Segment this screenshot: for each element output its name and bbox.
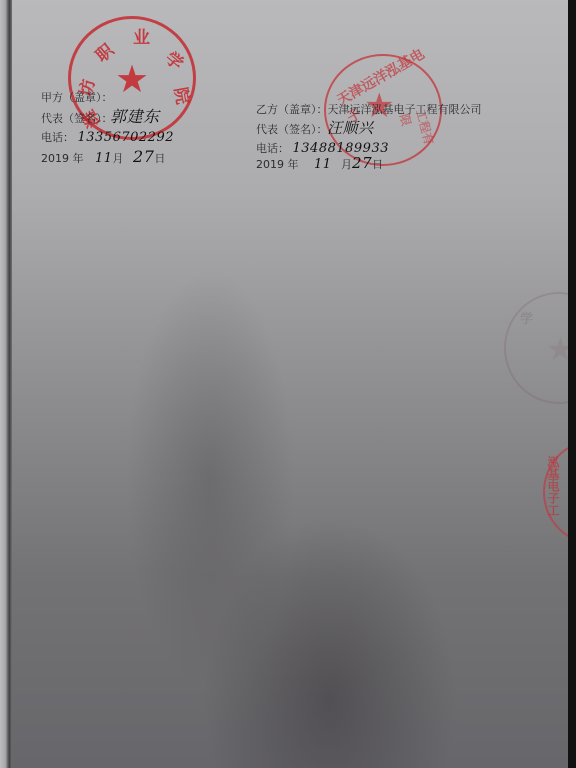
month-label: 月 (341, 158, 352, 171)
party-a-phone: 13356702292 (78, 130, 174, 145)
party-a-signature: 郭建东 (110, 107, 160, 126)
party-b-signature: 汪顺兴 (327, 119, 374, 137)
month-label: 月 (113, 152, 124, 165)
party-a-rep-label: 代表（签名）： (41, 112, 113, 125)
seal-char: 职 (89, 36, 118, 66)
edge-seal-upper: 学 ★ (504, 292, 576, 404)
party-b-company-name: 天津远洋泓基电子工程有限公司 (328, 103, 482, 116)
party-b-seal-line: 乙方（盖章）：天津远洋泓基电子工程有限公司 (256, 100, 482, 119)
seal-char: 学 (520, 308, 533, 327)
party-b-date-line: 2019 年 11 月27日 (256, 154, 482, 174)
party-b-seal-label: 乙方（盖章）： (256, 103, 328, 116)
party-a-year: 2019 (41, 152, 69, 165)
party-a-block: 甲方（盖章）： 代表（签名）： 郭建东 电话： 13356702292 2019… (41, 88, 174, 168)
document-page: 职 业 学 院 坊 潍 ★ 天津远洋泓基电子 工程有限 ★ 学 ★ 泓基电子工 … (0, 0, 568, 768)
party-a-month: 11 (95, 151, 113, 166)
party-b-rep-label: 代表（签名）： (256, 123, 328, 136)
year-label: 年 (288, 158, 299, 171)
party-a-rep-line: 代表（签名）： 郭建东 (41, 107, 174, 128)
party-b-month: 11 (314, 157, 332, 172)
day-label: 日 (154, 152, 165, 165)
page-right-edge (568, 0, 576, 768)
seal-char: 学 (161, 44, 190, 74)
party-a-seal-label: 甲方（盖章）： (41, 91, 113, 104)
party-b-day: 27 (352, 154, 372, 172)
party-a-phone-label: 电话： (41, 131, 74, 144)
party-b-block: 乙方（盖章）：天津远洋泓基电子工程有限公司 代表（签名）： 汪顺兴 电话： 13… (256, 100, 482, 174)
year-label: 年 (73, 152, 84, 165)
page-left-margin (0, 0, 9, 768)
seal-ring-text: 泓基电子工 (545, 456, 562, 516)
party-a-seal-line: 甲方（盖章）： (41, 88, 174, 107)
party-b-year: 2019 (256, 158, 284, 171)
party-a-phone-line: 电话： 13356702292 (41, 128, 174, 147)
page-binding-edge (9, 0, 12, 768)
party-a-date-line: 2019 年 11月 27日 (41, 147, 174, 168)
party-a-day: 27 (133, 147, 154, 166)
party-b-rep-line: 代表（签名）： 汪顺兴 (256, 119, 482, 139)
day-label: 日 (372, 158, 383, 171)
seal-char: 业 (133, 23, 150, 48)
